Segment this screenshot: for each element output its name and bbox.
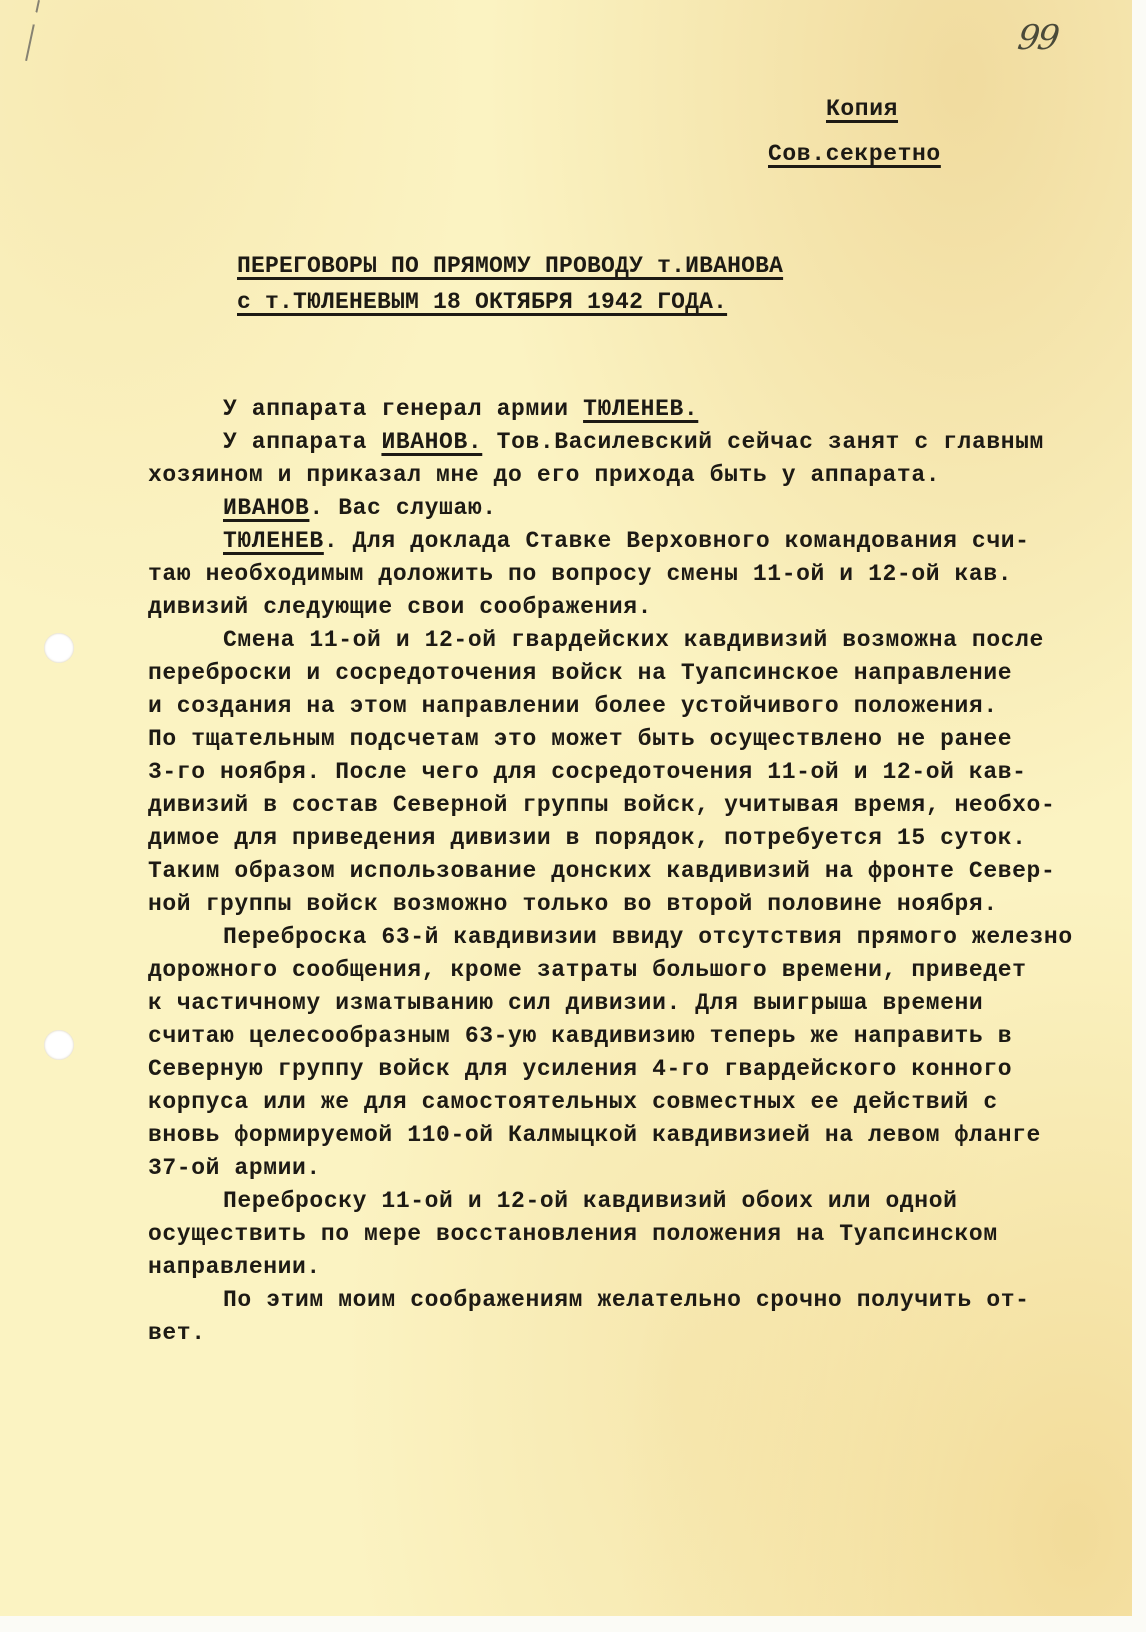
body-line: и создания на этом направлении более уст… xyxy=(148,690,1128,723)
line-text: У аппарата xyxy=(223,429,381,455)
speaker-name: ТЮЛЕНЕВ xyxy=(223,528,324,554)
body-line: 37-ой армии. xyxy=(148,1152,1128,1185)
body-line: Таким образом использование донских кавд… xyxy=(148,855,1128,888)
body-line: По тщательным подсчетам это может быть о… xyxy=(148,723,1128,756)
title-line-1: ПЕРЕГОВОРЫ ПО ПРЯМОМУ ПРОВОДУ т.ИВАНОВА xyxy=(237,248,783,284)
body-line: осуществить по мере восстановления полож… xyxy=(148,1218,1128,1251)
body-line: переброски и сосредоточения войск на Туа… xyxy=(148,657,1128,690)
line-text: У аппарата генерал армии xyxy=(223,396,583,422)
body-line: ТЮЛЕНЕВ. Для доклада Ставке Верховного к… xyxy=(148,525,1128,558)
punch-hole xyxy=(44,1030,74,1060)
body-line: вет. xyxy=(148,1317,1128,1350)
document-title: ПЕРЕГОВОРЫ ПО ПРЯМОМУ ПРОВОДУ т.ИВАНОВА … xyxy=(237,248,783,320)
line-text: . Вас слушаю. xyxy=(309,495,496,521)
body-line: вновь формируемой 110-ой Калмыцкой кавди… xyxy=(148,1119,1128,1152)
body-line: направлении. xyxy=(148,1251,1128,1284)
body-line: Переброску 11-ой и 12-ой кавдивизий обои… xyxy=(148,1185,1128,1218)
body-line: ной группы войск возможно только во втор… xyxy=(148,888,1128,921)
pencil-margin-mark xyxy=(25,0,40,61)
title-line-2: с т.ТЮЛЕНЕВЫМ 18 ОКТЯБРЯ 1942 ГОДА. xyxy=(237,284,783,320)
body-line: У аппарата ИВАНОВ. Тов.Василевский сейча… xyxy=(148,426,1128,459)
body-line: ИВАНОВ. Вас слушаю. xyxy=(148,492,1128,525)
speaker-name: ИВАНОВ. xyxy=(381,429,482,455)
body-line: Северную группу войск для усиления 4-го … xyxy=(148,1053,1128,1086)
body-line: По этим моим соображениям желательно сро… xyxy=(148,1284,1128,1317)
line-text: Тов.Василевский сейчас занят с главным xyxy=(482,429,1044,455)
body-line: Смена 11-ой и 12-ой гвардейских кавдивиз… xyxy=(148,624,1128,657)
document-page: 99 Копия Сов.секретно ПЕРЕГОВОРЫ ПО ПРЯМ… xyxy=(0,0,1132,1616)
body-line: считаю целесообразным 63-ую кавдивизию т… xyxy=(148,1020,1128,1053)
speaker-name: ТЮЛЕНЕВ. xyxy=(583,396,698,422)
speaker-name: ИВАНОВ xyxy=(223,495,309,521)
body-line: У аппарата генерал армии ТЮЛЕНЕВ. xyxy=(148,393,1128,426)
body-line: корпуса или же для самостоятельных совме… xyxy=(148,1086,1128,1119)
body-line: таю необходимым доложить по вопросу смен… xyxy=(148,558,1128,591)
document-body: У аппарата генерал армии ТЮЛЕНЕВ. У аппа… xyxy=(148,393,1128,1350)
copy-label: Копия xyxy=(826,96,898,122)
punch-hole xyxy=(44,633,74,663)
body-line: Переброска 63-й кавдивизии ввиду отсутст… xyxy=(148,921,1128,954)
body-line: дорожного сообщения, кроме затраты больш… xyxy=(148,954,1128,987)
body-line: 3-го ноября. После чего для сосредоточен… xyxy=(148,756,1128,789)
handwritten-page-number: 99 xyxy=(1015,18,1060,58)
body-line: дивизий следующие свои соображения. xyxy=(148,591,1128,624)
body-line: димое для приведения дивизии в порядок, … xyxy=(148,822,1128,855)
body-line: хозяином и приказал мне до его прихода б… xyxy=(148,459,1128,492)
body-line: к частичному изматыванию сил дивизии. Дл… xyxy=(148,987,1128,1020)
line-text: . Для доклада Ставке Верховного командов… xyxy=(324,528,1030,554)
body-line: дивизий в состав Северной группы войск, … xyxy=(148,789,1128,822)
classification-label: Сов.секретно xyxy=(768,141,941,167)
